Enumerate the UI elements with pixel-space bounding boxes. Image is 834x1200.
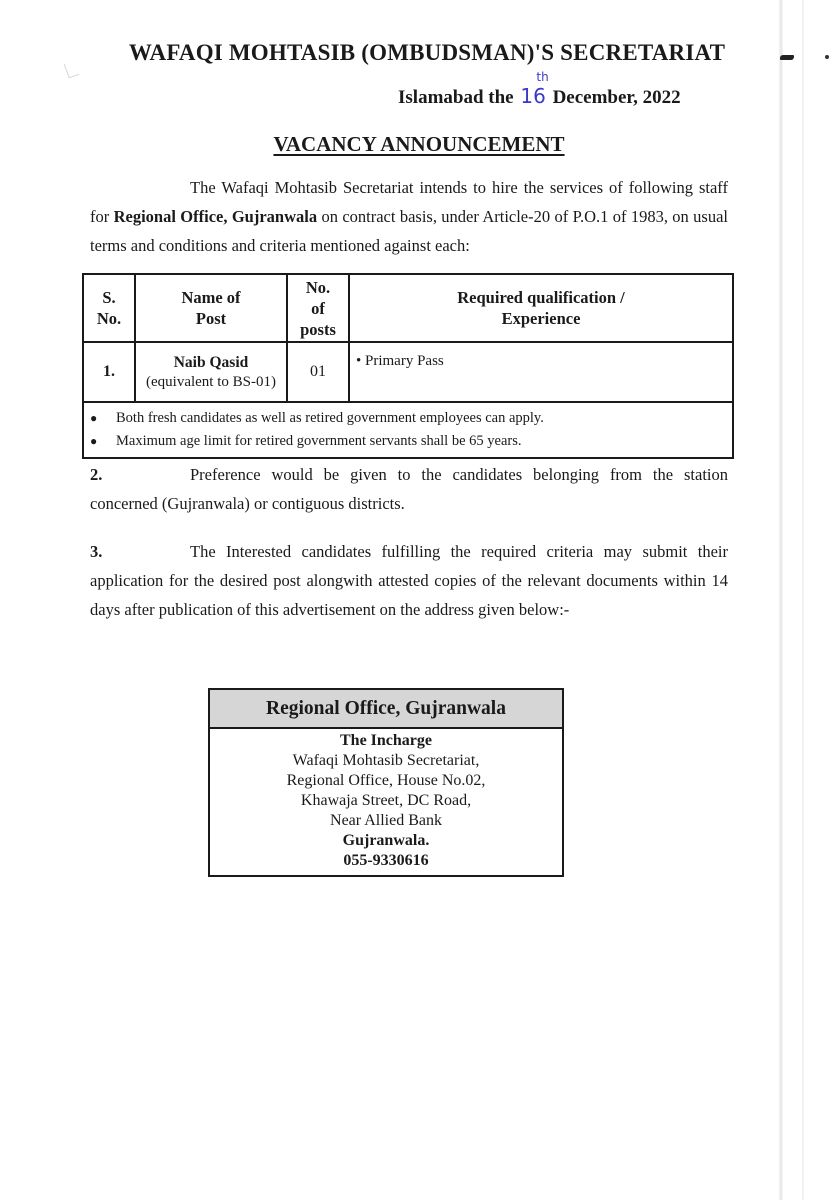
address-box: Regional Office, Gujranwala The Incharge…	[208, 688, 564, 877]
table-notes-row: ●Both fresh candidates as well as retire…	[83, 402, 733, 458]
address-recipient: The Incharge	[210, 731, 562, 751]
address-city: Gujranwala.	[210, 831, 562, 851]
cell-qualification: • Primary Pass	[349, 342, 733, 402]
address-line: Near Allied Bank	[210, 811, 562, 831]
page-heading: VACANCY ANNOUNCEMENT	[0, 132, 834, 157]
table-header-row: S.No. Name ofPost No.ofposts Required qu…	[83, 274, 733, 342]
address-phone: 055-9330616	[210, 851, 562, 871]
dateline-suffix: December, 2022	[553, 87, 681, 108]
cell-posts: 01	[287, 342, 349, 402]
vacancy-table: S.No. Name ofPost No.ofposts Required qu…	[82, 273, 734, 459]
paragraph-3: 3.The Interested candidates fulfilling t…	[90, 537, 728, 624]
note-item: ●Both fresh candidates as well as retire…	[90, 407, 732, 430]
organization-title: WAFAQI MOHTASIB (OMBUDSMAN)'S SECRETARIA…	[0, 40, 834, 66]
address-line: Regional Office, House No.02,	[210, 771, 562, 791]
handwritten-day-suffix: th	[536, 70, 548, 84]
handwritten-day: 16th	[520, 84, 545, 108]
cell-sno: 1.	[83, 342, 135, 402]
scan-page-edge	[779, 0, 783, 1200]
paragraph-number: 2.	[90, 460, 190, 489]
header-sno: S.No.	[83, 274, 135, 342]
address-line: Khawaja Street, DC Road,	[210, 791, 562, 811]
address-title: Regional Office, Gujranwala	[210, 690, 562, 729]
paragraph-2: 2.Preference would be given to the candi…	[90, 460, 728, 518]
scan-page-edge-shadow	[802, 0, 804, 1200]
header-qualification: Required qualification /Experience	[349, 274, 733, 342]
office-name: Regional Office, Gujranwala	[114, 207, 318, 226]
header-post: Name ofPost	[135, 274, 287, 342]
table-notes: ●Both fresh candidates as well as retire…	[83, 402, 733, 458]
paragraph-number: 3.	[90, 537, 190, 566]
dateline: Islamabad the 16th December, 2022	[398, 84, 681, 109]
cell-post: Naib Qasid(equivalent to BS-01)	[135, 342, 287, 402]
address-body: The Incharge Wafaqi Mohtasib Secretariat…	[210, 729, 562, 875]
address-line: Wafaqi Mohtasib Secretariat,	[210, 751, 562, 771]
intro-paragraph: The Wafaqi Mohtasib Secretariat intends …	[90, 173, 728, 260]
note-item: ●Maximum age limit for retired governmen…	[90, 430, 732, 453]
table-row: 1. Naib Qasid(equivalent to BS-01) 01 • …	[83, 342, 733, 402]
dateline-prefix: Islamabad the	[398, 87, 514, 108]
header-posts: No.ofposts	[287, 274, 349, 342]
